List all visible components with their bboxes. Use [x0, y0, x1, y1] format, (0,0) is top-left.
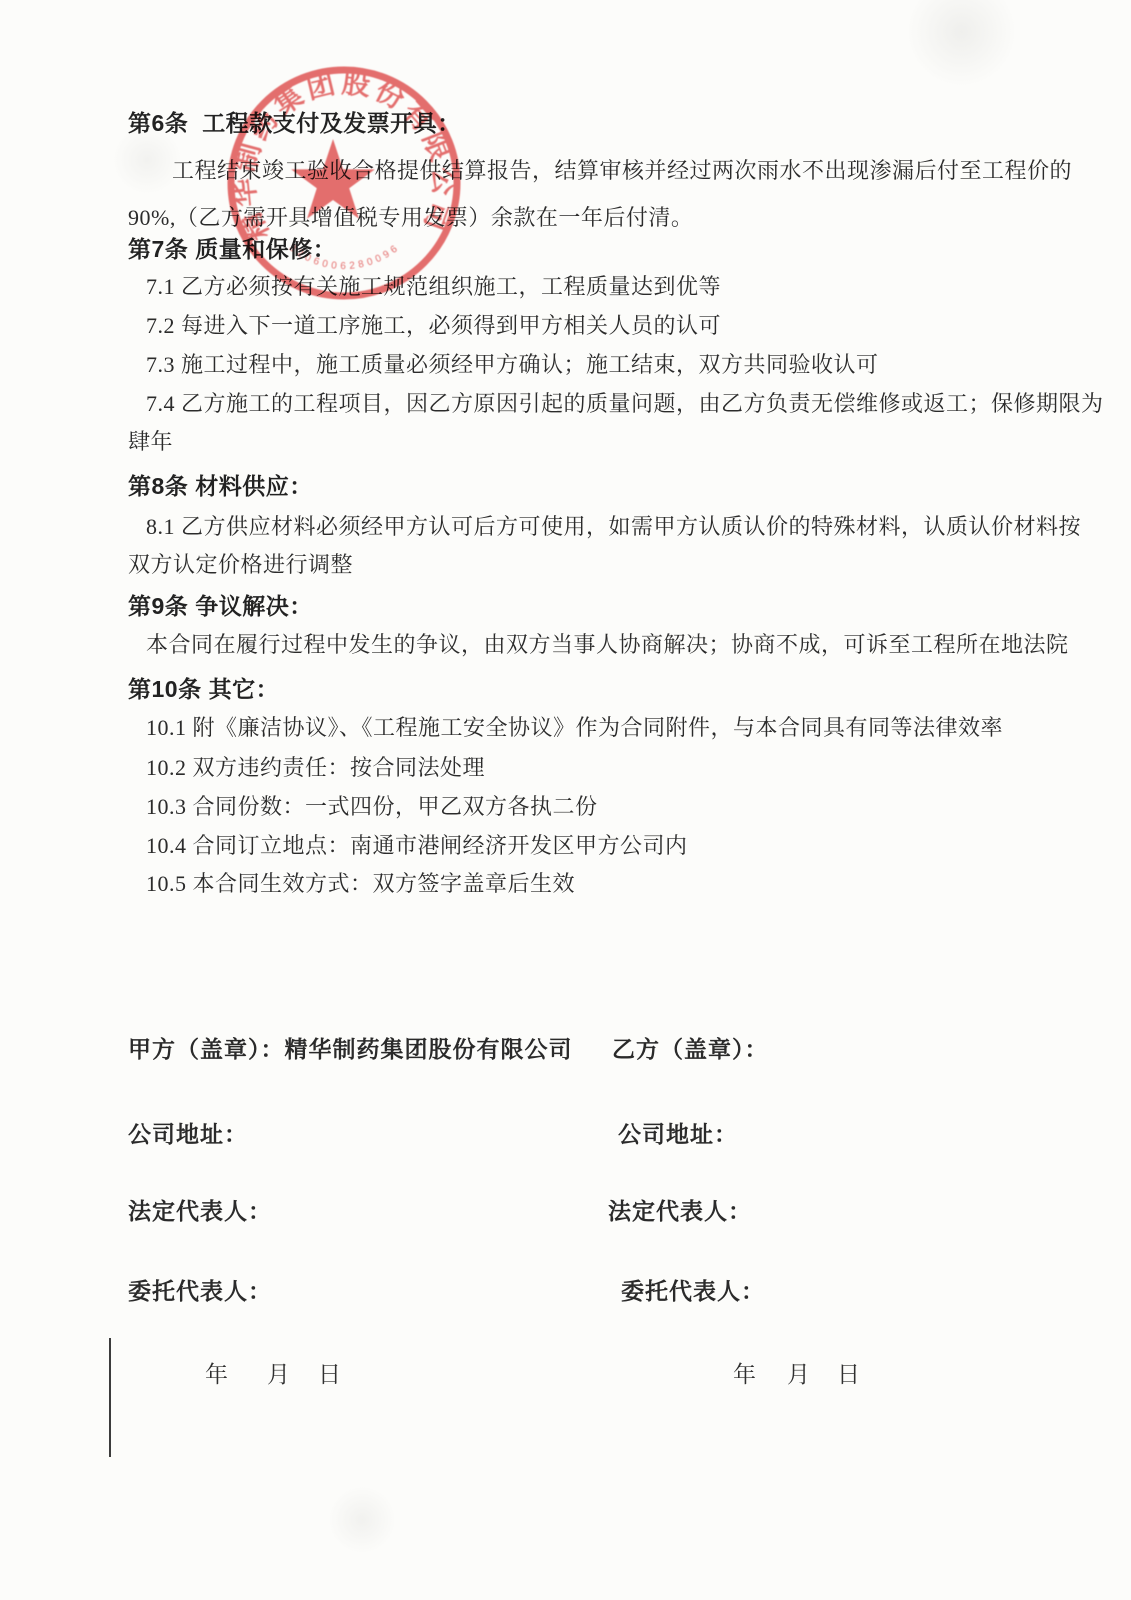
party-a-legal-rep-label: 法定代表人： — [128, 1193, 272, 1226]
clause-title: 其它： — [209, 676, 280, 702]
company-seal-stamp: 精华制药集团股份有限公司 3206006280096 — [217, 53, 477, 318]
contract-line: 10.3 合同份数：一式四份，甲乙双方各执二份 — [146, 794, 598, 820]
clause-number: 第9条 — [128, 593, 188, 619]
party-a-date-day: 日 — [318, 1356, 341, 1389]
clause-9-heading: 第9条争议解决： — [128, 593, 313, 619]
party-b-address-label: 公司地址： — [618, 1116, 738, 1149]
party-a-company-name: 精华制药集团股份有限公司 — [285, 1036, 573, 1062]
party-a-label: 甲方（盖章）： — [128, 1036, 285, 1062]
contract-line: 8.1 乙方供应材料必须经甲方认可后方可使用，如需甲方认质认价的特殊材料，认质认… — [146, 514, 1081, 540]
contract-line: 10.4 合同订立地点：南通市港闸经济开发区甲方公司内 — [146, 833, 688, 859]
party-a-authorized-rep-label: 委托代表人： — [128, 1273, 272, 1306]
clause-title: 争议解决： — [195, 593, 313, 619]
clause-number: 第10条 — [128, 676, 202, 702]
party-a-seal-row: 甲方（盖章）：精华制药集团股份有限公司 — [128, 1031, 573, 1064]
clause-title: 材料供应： — [195, 473, 313, 499]
party-a-address-label: 公司地址： — [128, 1116, 248, 1149]
seal-star-icon — [291, 139, 375, 219]
party-b-seal-label: 乙方（盖章）： — [612, 1031, 769, 1064]
contract-page: 第6条工程款支付及发票开具： 工程结束竣工验收合格提供结算报告，结算审核并经过两… — [0, 0, 1131, 1600]
contract-line: 7.4 乙方施工的工程项目，因乙方原因引起的质量问题，由乙方负责无偿维修或返工；… — [146, 391, 1104, 417]
contract-line: 本合同在履行过程中发生的争议，由双方当事人协商解决；协商不成，可诉至工程所在地法… — [146, 632, 1069, 658]
party-b-authorized-rep-label: 委托代表人： — [621, 1273, 765, 1306]
contract-line: 10.1 附《廉洁协议》、《工程施工安全协议》作为合同附件，与本合同具有同等法律… — [146, 715, 1003, 741]
contract-line: 肆年 — [128, 429, 173, 455]
party-b-date-month: 月 — [787, 1356, 810, 1389]
party-b-date-year: 年 — [733, 1356, 756, 1389]
party-b-date-day: 日 — [837, 1356, 860, 1389]
clause-10-heading: 第10条其它： — [128, 676, 279, 702]
scan-artifact-line — [109, 1338, 111, 1457]
clause-number: 第7条 — [128, 236, 188, 262]
clause-number: 第8条 — [128, 473, 188, 499]
contract-line: 7.3 施工过程中，施工质量必须经甲方确认；施工结束，双方共同验收认可 — [146, 352, 879, 378]
seal-company-name: 精华制药集团股份有限公司 — [228, 67, 459, 246]
clause-number: 第6条 — [128, 110, 188, 136]
clause-8-heading: 第8条材料供应： — [128, 473, 313, 499]
party-a-date-year: 年 — [205, 1356, 228, 1389]
svg-text:精华制药集团股份有限公司: 精华制药集团股份有限公司 — [228, 67, 459, 246]
svg-text:3206006280096: 3206006280096 — [287, 243, 400, 272]
seal-serial-number: 3206006280096 — [287, 243, 400, 272]
contract-line: 10.5 本合同生效方式：双方签字盖章后生效 — [146, 871, 575, 897]
contract-line: 双方认定价格进行调整 — [128, 552, 353, 578]
party-b-legal-rep-label: 法定代表人： — [608, 1193, 752, 1226]
contract-line: 10.2 双方违约责任：按合同法处理 — [146, 755, 485, 781]
party-a-date-month: 月 — [267, 1356, 290, 1389]
